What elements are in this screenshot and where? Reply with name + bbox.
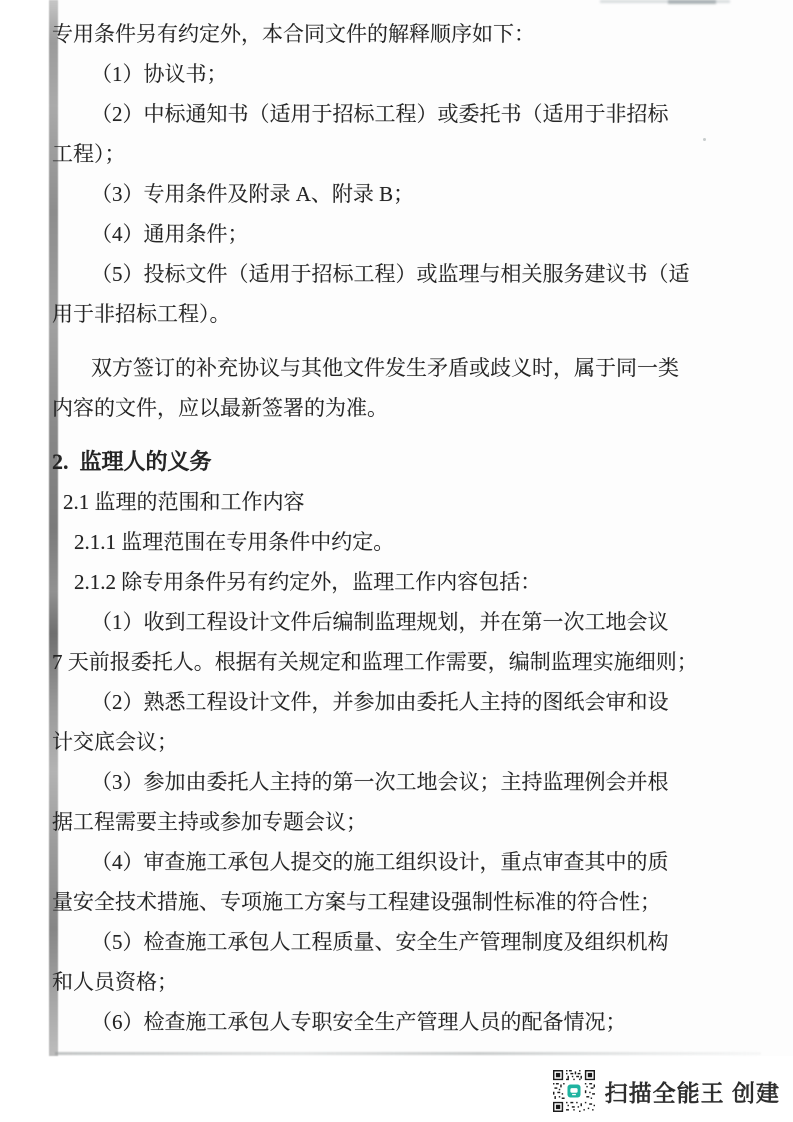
text-line: 工程）；	[52, 134, 752, 174]
qr-code-icon	[553, 1070, 595, 1112]
text-line: （2）熟悉工程设计文件，并参加由委托人主持的图纸会审和设	[52, 682, 752, 722]
text-line: （3）专用条件及附录 A、附录 B；	[52, 174, 752, 214]
text-line: 计交底会议；	[52, 722, 752, 762]
text-line: 用于非招标工程）。	[52, 294, 752, 334]
text-line: 2.1 监理的范围和工作内容	[52, 482, 752, 522]
text-line: 和人员资格；	[52, 962, 752, 1002]
text-line: （6）检查施工承包人专职安全生产管理人员的配备情况；	[52, 1002, 752, 1042]
text-line: （5）检查施工承包人工程质量、安全生产管理制度及组织机构	[52, 922, 752, 962]
text-line: 2.1.1 监理范围在专用条件中约定。	[52, 522, 752, 562]
text-line: 7 天前报委托人。根据有关规定和监理工作需要，编制监理实施细则；	[52, 642, 752, 682]
scanned-document-canvas: 专用条件另有约定外，本合同文件的解释顺序如下：（1）协议书；（2）中标通知书（适…	[0, 0, 793, 1122]
text-line: 量安全技术措施、专项施工方案与工程建设强制性标准的符合性；	[52, 882, 752, 922]
watermark-text: 扫描全能王 创建	[605, 1075, 780, 1108]
text-line: 双方签订的补充协议与其他文件发生矛盾或歧义时，属于同一类	[52, 348, 752, 388]
text-line: （1）协议书；	[52, 54, 752, 94]
text-line: （1）收到工程设计文件后编制监理规划，并在第一次工地会议	[52, 602, 752, 642]
text-line: （5）投标文件（适用于招标工程）或监理与相关服务建议书（适	[52, 254, 752, 294]
text-line: （2）中标通知书（适用于招标工程）或委托书（适用于非招标	[52, 94, 752, 134]
scan-top-edge-artifact	[668, 0, 716, 4]
scan-bottom-edge-artifact	[55, 1052, 761, 1055]
text-line: （4）审查施工承包人提交的施工组织设计，重点审查其中的质	[52, 842, 752, 882]
camscanner-watermark: 扫描全能王 创建	[553, 1069, 780, 1113]
section-heading: 2. 监理人的义务	[52, 442, 752, 482]
text-line: （3）参加由委托人主持的第一次工地会议；主持监理例会并根	[52, 762, 752, 802]
text-line: 专用条件另有约定外，本合同文件的解释顺序如下：	[52, 14, 752, 54]
text-line: 内容的文件，应以最新签署的为准。	[52, 388, 752, 428]
document-lines: 专用条件另有约定外，本合同文件的解释顺序如下：（1）协议书；（2）中标通知书（适…	[52, 14, 752, 1042]
text-line: （4）通用条件；	[52, 214, 752, 254]
text-line: 据工程需要主持或参加专题会议；	[52, 802, 752, 842]
text-line: 2.1.2 除专用条件另有约定外，监理工作内容包括：	[52, 562, 752, 602]
